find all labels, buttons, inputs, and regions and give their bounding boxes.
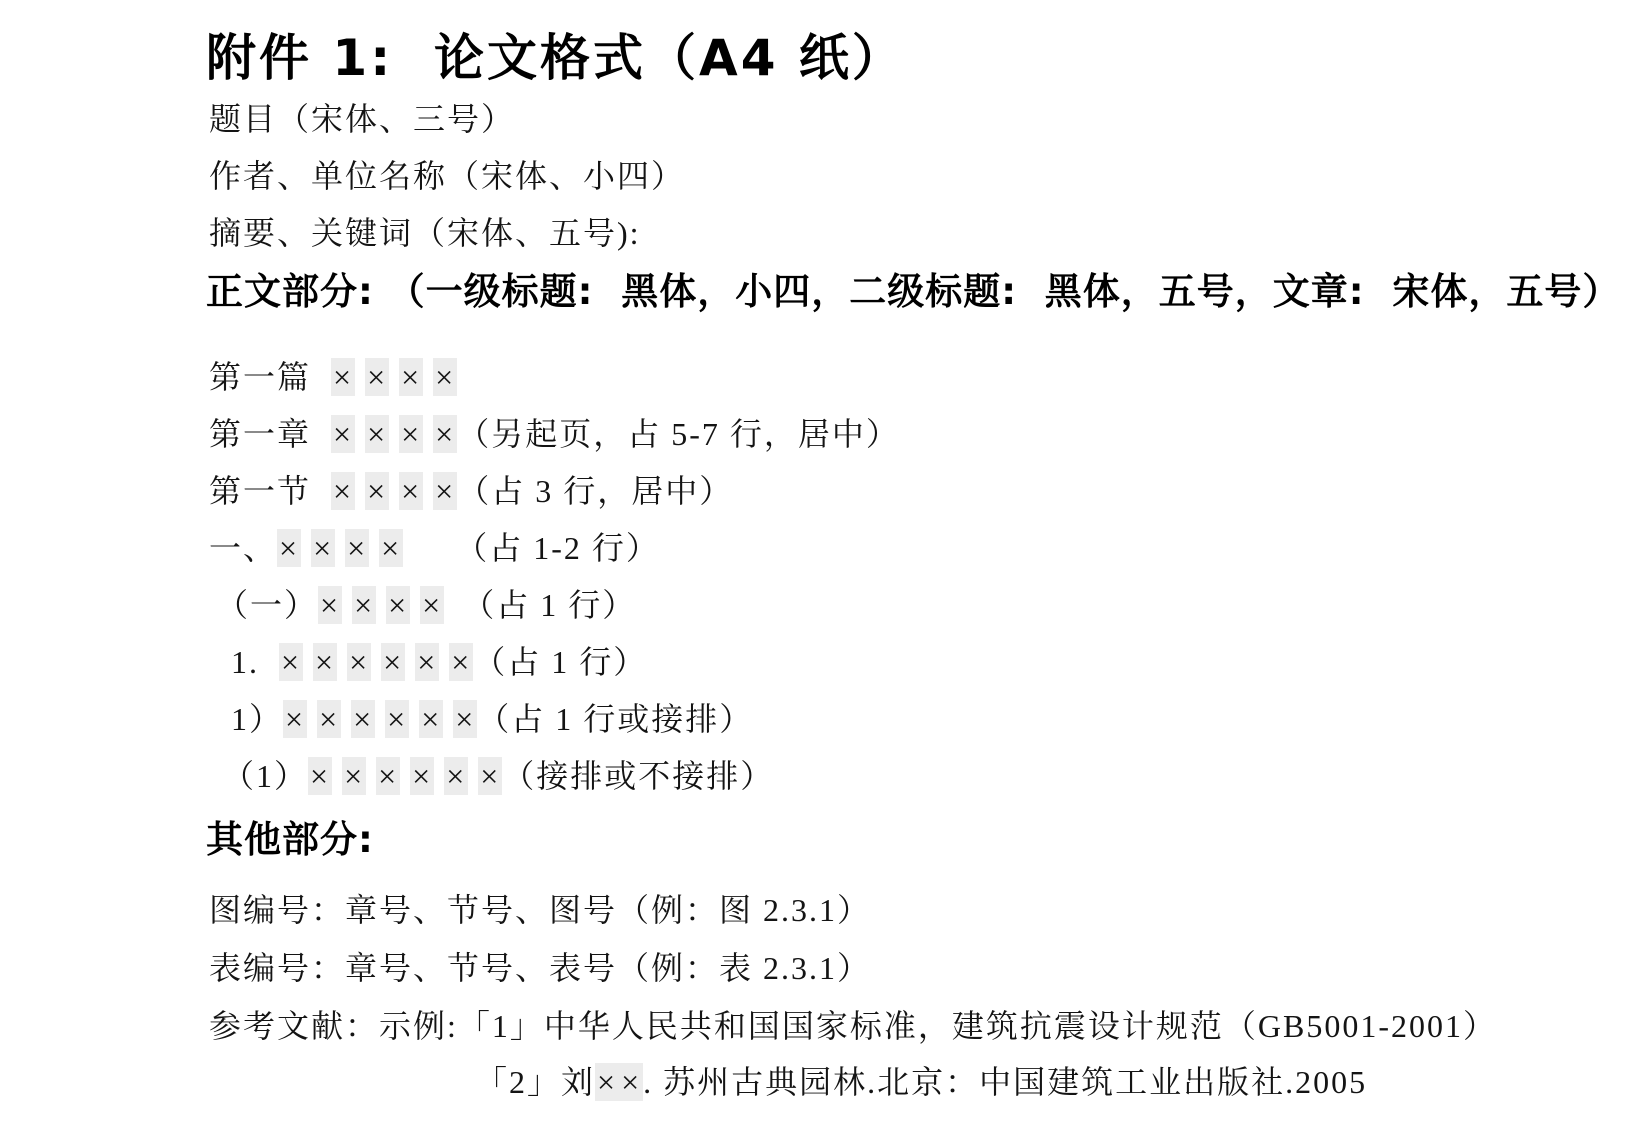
page-title: 附件 1: 论文格式（A4 纸） [206, 18, 905, 90]
line-level2-num: 1. × × × × × ×（占 1 行） [231, 643, 647, 681]
line-section: 第一节 × × × ×（占 3 行，居中） [209, 472, 733, 510]
line-figure-numbering: 图编号：章号、节号、图号（例：图 2.3.1） [209, 891, 871, 929]
line-author-spec: 作者、单位名称（宋体、小四） [209, 157, 685, 195]
line-level3-paren: （1）× × × × × ×（接排或不接排） [222, 757, 774, 795]
line-level1-paren: （一）× × × × （占 1 行） [216, 586, 636, 624]
document-page: 附件 1: 论文格式（A4 纸） 题目（宋体、三号） 作者、单位名称（宋体、小四… [0, 0, 1650, 1126]
line-abstract-spec: 摘要、关键词（宋体、五号): [209, 214, 641, 252]
line-title-spec: 题目（宋体、三号） [209, 100, 515, 138]
line-reference-2: 「2」刘××. 苏州古典园林.北京：中国建筑工业出版社.2005 [475, 1063, 1367, 1101]
line-chapter: 第一章 × × × ×（另起页，占 5-7 行，居中） [209, 415, 900, 453]
heading-other-section: 其他部分: [206, 818, 374, 862]
heading-body-section: 正文部分: （一级标题: 黑体，小四，二级标题: 黑体，五号，文章: 宋体，五号… [206, 270, 1620, 314]
line-part: 第一篇 × × × × [209, 358, 457, 396]
line-reference-1: 参考文献：示例:「1」中华人民共和国国家标准，建筑抗震设计规范（GB5001-2… [209, 1007, 1497, 1045]
line-table-numbering: 表编号：章号、节号、表号（例：表 2.3.1） [209, 949, 871, 987]
line-level2-paren: 1）× × × × × ×（占 1 行或接排） [231, 700, 753, 738]
line-level1-heading: 一、× × × × （占 1-2 行） [209, 529, 660, 567]
